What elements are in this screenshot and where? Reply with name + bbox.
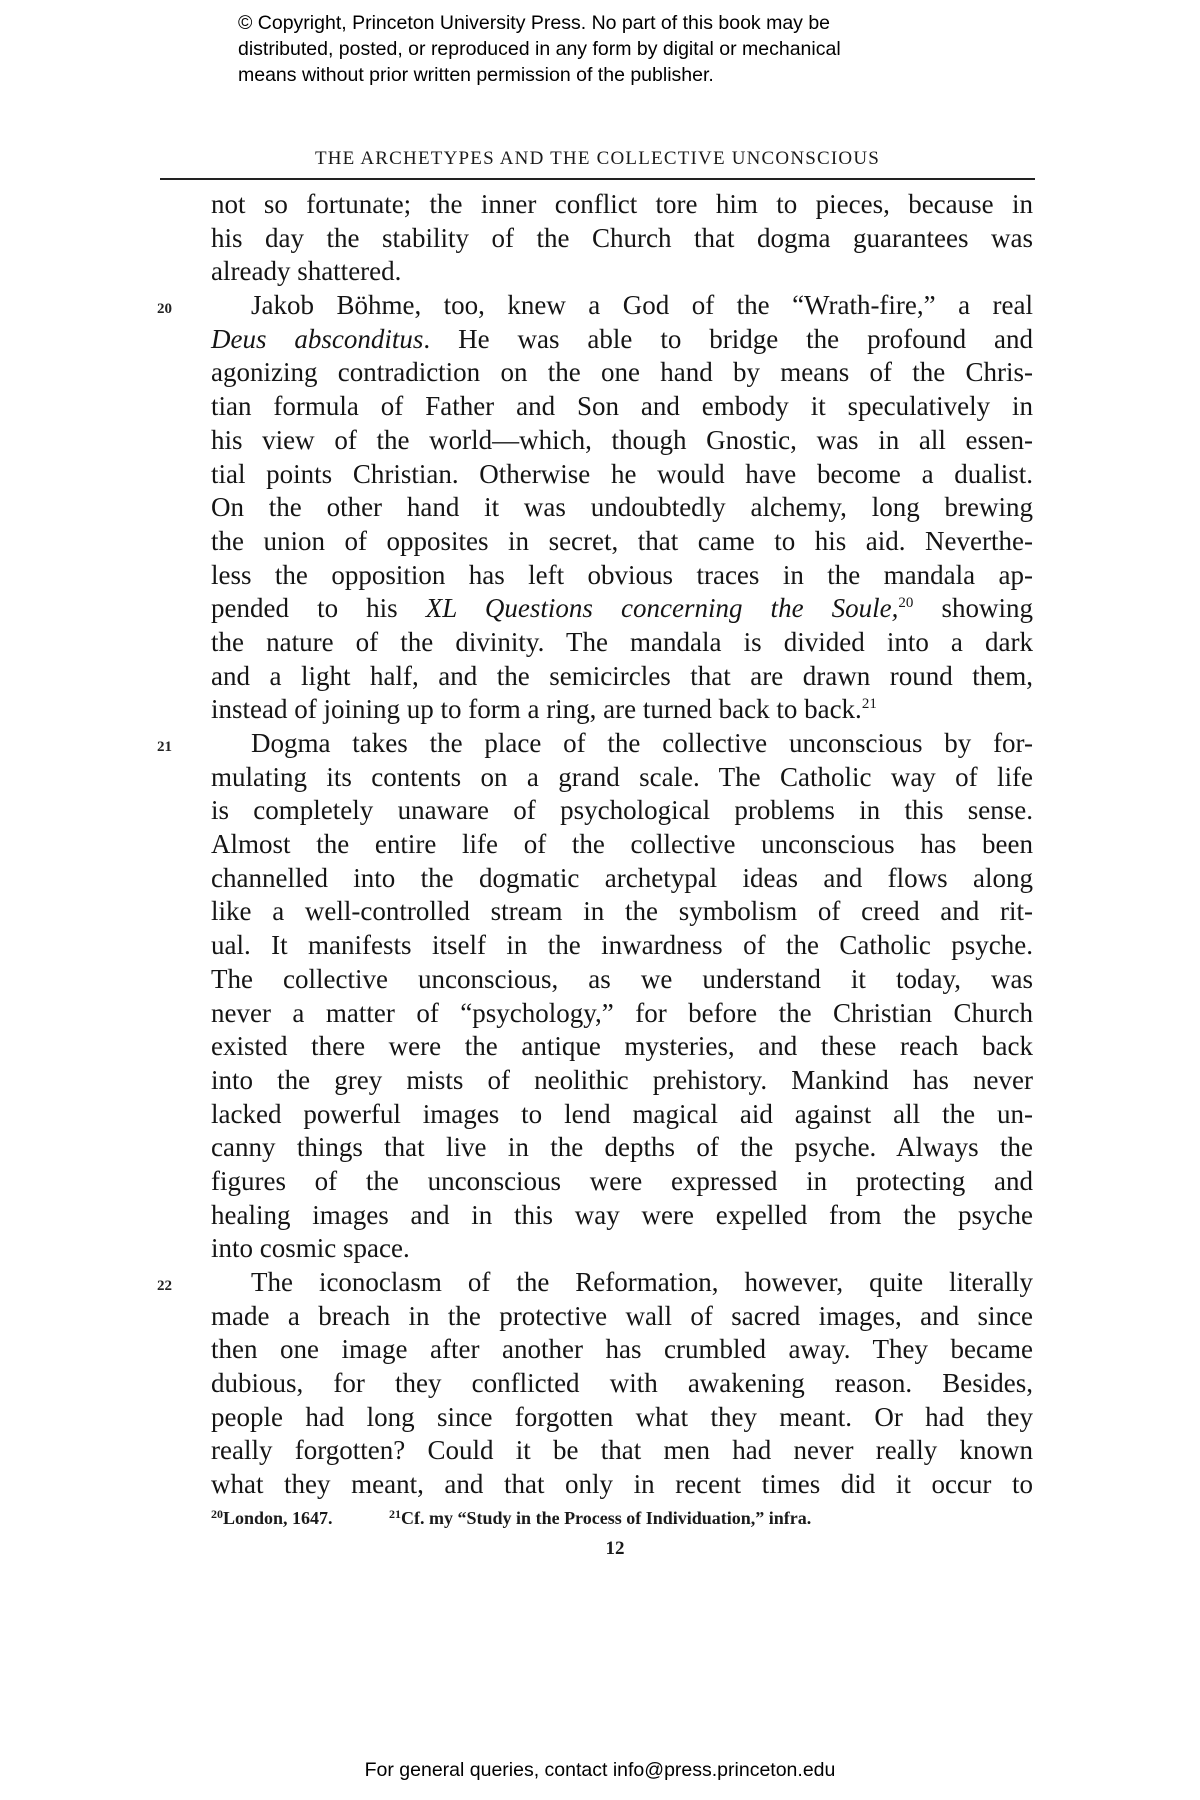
text-line: not so fortunate; the inner conflict tor… [211,188,1033,222]
paragraph-number: 21 [157,731,172,765]
paragraph-20: 20 Jakob Böhme, too, knew a God of the “… [211,289,1033,727]
text-line: into the grey mists of neolithic prehist… [211,1064,1033,1098]
text-line: tian formula of Father and Son and embod… [211,390,1033,424]
italic-term: Deus absconditus [211,324,423,354]
text-line: mulating its contents on a grand scale. … [211,761,1033,795]
text-line: pended to his XL Questions concerning th… [211,592,1033,626]
text-line: On the other hand it was undoubtedly alc… [211,491,1033,525]
copyright-line: means without prior written permission o… [238,62,1050,88]
text-line: his view of the world—which, though Gnos… [211,424,1033,458]
paragraph: not so fortunate; the inner conflict tor… [211,188,1033,289]
text-line: channelled into the dogmatic archetypal … [211,862,1033,896]
paragraph-number: 20 [157,293,172,327]
text-line: then one image after another has crumble… [211,1333,1033,1367]
text-line: instead of joining up to form a ring, ar… [211,693,1033,727]
footnote-number: 20 [211,1507,223,1521]
text-line: his day the stability of the Church that… [211,222,1033,256]
text-line: into cosmic space. [211,1232,1033,1266]
paragraph-21: 21 Dogma takes the place of the collecti… [211,727,1033,1266]
text-line: existed there were the antique mysteries… [211,1030,1033,1064]
paragraph-number: 22 [157,1270,172,1304]
copyright-line: © Copyright, Princeton University Press.… [238,10,1050,36]
text-line: The iconoclasm of the Reformation, howev… [211,1266,1033,1300]
text-line: less the opposition has left obvious tra… [211,559,1033,593]
running-head: THE ARCHETYPES AND THE COLLECTIVE UNCONS… [160,148,1035,170]
page-number: 12 [0,1538,1200,1560]
text-line: is completely unaware of psychological p… [211,794,1033,828]
text-line: healing images and in this way were expe… [211,1199,1033,1233]
text-line: figures of the unconscious were expresse… [211,1165,1033,1199]
text-line: agonizing contradiction on the one hand … [211,356,1033,390]
header-rule [160,178,1035,180]
text-line: what they meant, and that only in recent… [211,1468,1033,1502]
text-line: made a breach in the protective wall of … [211,1300,1033,1334]
footnotes: 20London, 1647. 21Cf. my “Study in the P… [211,1508,1033,1529]
text-line: the union of opposites in secret, that c… [211,525,1033,559]
text-line: never a matter of “psychology,” for befo… [211,997,1033,1031]
text-line: and a light half, and the semicircles th… [211,660,1033,694]
text-line: canny things that live in the depths of … [211,1131,1033,1165]
text-line: really forgotten? Could it be that men h… [211,1434,1033,1468]
copyright-notice: © Copyright, Princeton University Press.… [150,10,1050,88]
text-line: Almost the entire life of the collective… [211,828,1033,862]
text-line: like a well-controlled stream in the sym… [211,895,1033,929]
footnote-ref-20[interactable]: 20 [898,595,913,611]
body-text: not so fortunate; the inner conflict tor… [211,188,1033,1502]
copyright-line: distributed, posted, or reproduced in an… [238,36,1050,62]
text-line: Jakob Böhme, too, knew a God of the “Wra… [211,289,1033,323]
text-line: people had long since forgotten what the… [211,1401,1033,1435]
text-line: dubious, for they conflicted with awaken… [211,1367,1033,1401]
text-line: the nature of the divinity. The mandala … [211,626,1033,660]
text-line: Deus absconditus. He was able to bridge … [211,323,1033,357]
paragraph-22: 22 The iconoclasm of the Reformation, ho… [211,1266,1033,1502]
text-line: ual. It manifests itself in the inwardne… [211,929,1033,963]
contact-notice: For general queries, contact info@press.… [0,1757,1200,1783]
text-line: Dogma takes the place of the collective … [211,727,1033,761]
text-line: already shattered. [211,255,1033,289]
footnote-ref-21[interactable]: 21 [862,696,877,712]
footnote-20: 20London, 1647. [211,1508,333,1528]
text-line: tial points Christian. Otherwise he woul… [211,458,1033,492]
italic-title: XL Questions concerning the Soule, [426,593,899,623]
footnote-number: 21 [389,1507,401,1521]
text-line: The collective unconscious, as we unders… [211,963,1033,997]
footnote-21: 21Cf. my “Study in the Process of Indivi… [389,1508,811,1528]
text-line: lacked powerful images to lend magical a… [211,1098,1033,1132]
